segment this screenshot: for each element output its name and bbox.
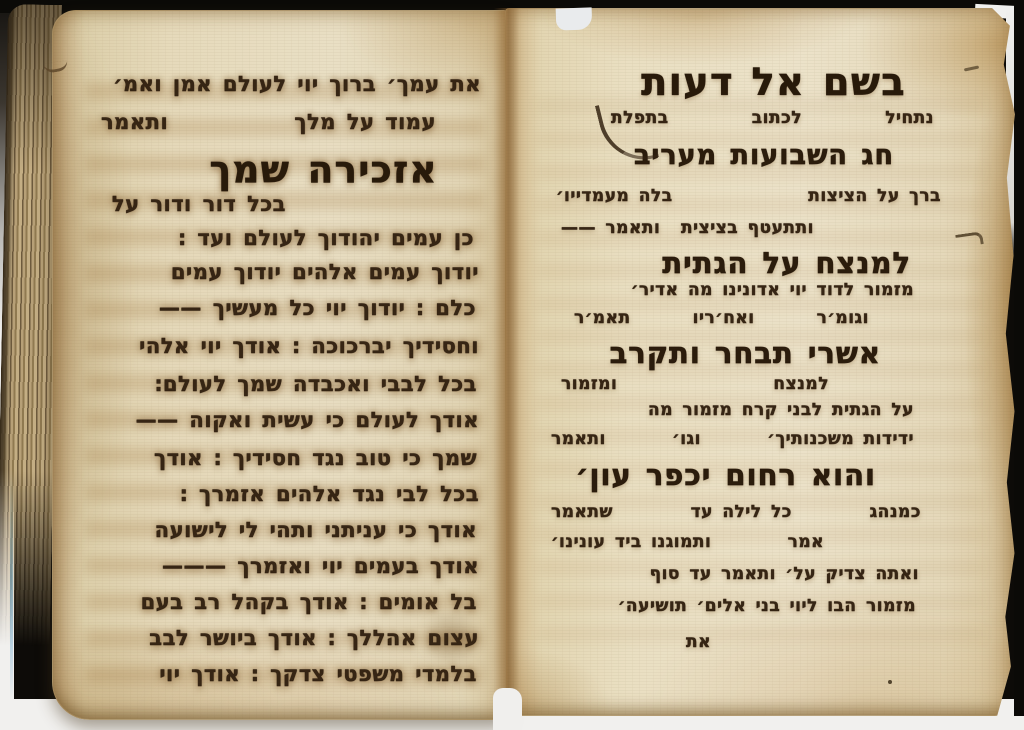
manuscript-line: בל אומים ׃ אודך בקהל רב בעם xyxy=(141,591,477,615)
word-cluster: ואח׳ריו xyxy=(693,309,755,328)
word-cluster: כמנהג xyxy=(870,503,921,522)
manuscript-line: שמך כי טוב נגד חסידיך ׃ אודך xyxy=(154,447,477,471)
manuscript-line: כן עמים יהודוך לעולם ועד ׃ xyxy=(178,227,474,251)
right-page: בשם אל דעותנתחיללכתובבתפלתחג השבועות מער… xyxy=(505,8,1015,716)
heading-line: חג השבועות מעריב xyxy=(634,141,894,171)
word-cluster: ותתעטף בציצית xyxy=(681,219,814,238)
ink-dot xyxy=(888,680,892,684)
manuscript-line: ואתה צדיק על׳ ותאמר עד סוף xyxy=(650,565,919,584)
word-cluster: שתאמר xyxy=(551,503,613,522)
word-cluster: תאמ׳ר xyxy=(574,309,631,328)
word-cluster: ותאמר —— xyxy=(561,219,660,238)
heading-line: אזכירה שמך xyxy=(210,149,438,190)
heading-line: למנצח על הגתית xyxy=(662,247,911,279)
heading-line: והוא רחום יכפר עון׳ xyxy=(576,459,876,491)
manuscript-line: אודך לעולם כי עשית ואקוה —— xyxy=(136,409,479,433)
word-cluster: ומזמור xyxy=(561,375,617,394)
manuscript-line: את עמך׳ ברוך יוי לעולם אמן ואמ׳ xyxy=(113,73,481,97)
manuscript-line: בכל דור ודור על xyxy=(112,193,286,217)
left-page: את עמך׳ ברוך יוי לעולם אמן ואמ׳עמוד על מ… xyxy=(52,10,507,720)
manuscript-line: מזמור הבו ליוי בני אלים׳ תושיעה׳ xyxy=(618,597,916,616)
word-cluster: וגו׳ xyxy=(672,430,701,449)
manuscript-line: את xyxy=(686,633,711,652)
manuscript-line: אודך בעמים יוי ואזמרך ——— xyxy=(162,555,479,579)
word-cluster: עמוד על מלך xyxy=(294,111,436,135)
manuscript-photo: את עמך׳ ברוך יוי לעולם אמן ואמ׳עמוד על מ… xyxy=(0,0,1024,730)
word-cluster: ידידות משכנותיך׳ xyxy=(767,430,914,449)
gutter-gap-bottom xyxy=(493,688,522,730)
manuscript-line: בכל לבי נגד אלהים אזמרך ׃ xyxy=(180,483,479,507)
word-cluster: אמר xyxy=(788,533,824,552)
word-cluster: ותאמר xyxy=(551,430,606,449)
word-cluster: כל לילה עד xyxy=(691,503,792,522)
manuscript-line: בכל לבבי ואכבדה שמך לעולם׃ xyxy=(155,373,477,397)
manuscript-line: ידידות משכנותיך׳וגו׳ותאמר xyxy=(551,430,914,449)
black-backdrop-right xyxy=(1014,0,1024,716)
manuscript-line: כמנהגכל לילה עדשתאמר xyxy=(551,503,921,522)
heading-line: בשם אל דעות xyxy=(641,61,906,104)
word-cluster: למנצח xyxy=(773,375,829,394)
manuscript-line: נתחיללכתובבתפלת xyxy=(611,109,934,128)
manuscript-line: על הגתית לבני קרח מזמור מה xyxy=(648,401,914,420)
manuscript-line: מזמור לדוד יוי אדונינו מה אדיר׳ xyxy=(631,281,914,300)
manuscript-line: אודך כי עניתני ותהי לי לישועה xyxy=(155,519,477,543)
left-page-text: את עמך׳ ברוך יוי לעולם אמן ואמ׳עמוד על מ… xyxy=(53,11,506,719)
word-cluster: נתחיל xyxy=(885,109,934,128)
manuscript-line: למנצחומזמור xyxy=(561,375,829,394)
manuscript-line: עמוד על מלךותאמר xyxy=(101,111,436,135)
right-page-text: בשם אל דעותנתחיללכתובבתפלתחג השבועות מער… xyxy=(506,9,1014,715)
word-cluster: ברך על הציצות xyxy=(808,187,941,206)
manuscript-line: עצום אהללך ׃ אודך ביושר לבב xyxy=(149,627,479,651)
word-cluster: ותאמר xyxy=(101,111,168,135)
manuscript-line: יודוך עמים אלהים יודוך עמים xyxy=(171,261,479,285)
word-cluster: לכתוב xyxy=(752,109,802,128)
manuscript-line: וגומ׳רואח׳ריותאמ׳ר xyxy=(574,309,869,328)
manuscript-line: כלם ׃ יודוך יוי כל מעשיך —— xyxy=(159,297,476,321)
manuscript-line: ברך על הציצותבלה מעמדייו׳ xyxy=(556,187,941,206)
word-cluster: ותמוגנו ביד עונינו׳ xyxy=(551,533,711,552)
manuscript-line: בלמדי משפטי צדקך ׃ אודך יוי xyxy=(159,663,477,687)
manuscript-line: ותתעטף בציציתותאמר —— xyxy=(561,219,814,238)
manuscript-line: וחסידיך יברכוכה ׃ אודך יוי אלהי xyxy=(139,335,479,359)
manuscript-line: אמרותמוגנו ביד עונינו׳ xyxy=(551,533,824,552)
word-cluster: וגומ׳ר xyxy=(817,309,869,328)
word-cluster: בלה מעמדייו׳ xyxy=(556,187,673,206)
heading-line: אשרי תבחר ותקרב xyxy=(610,337,881,369)
